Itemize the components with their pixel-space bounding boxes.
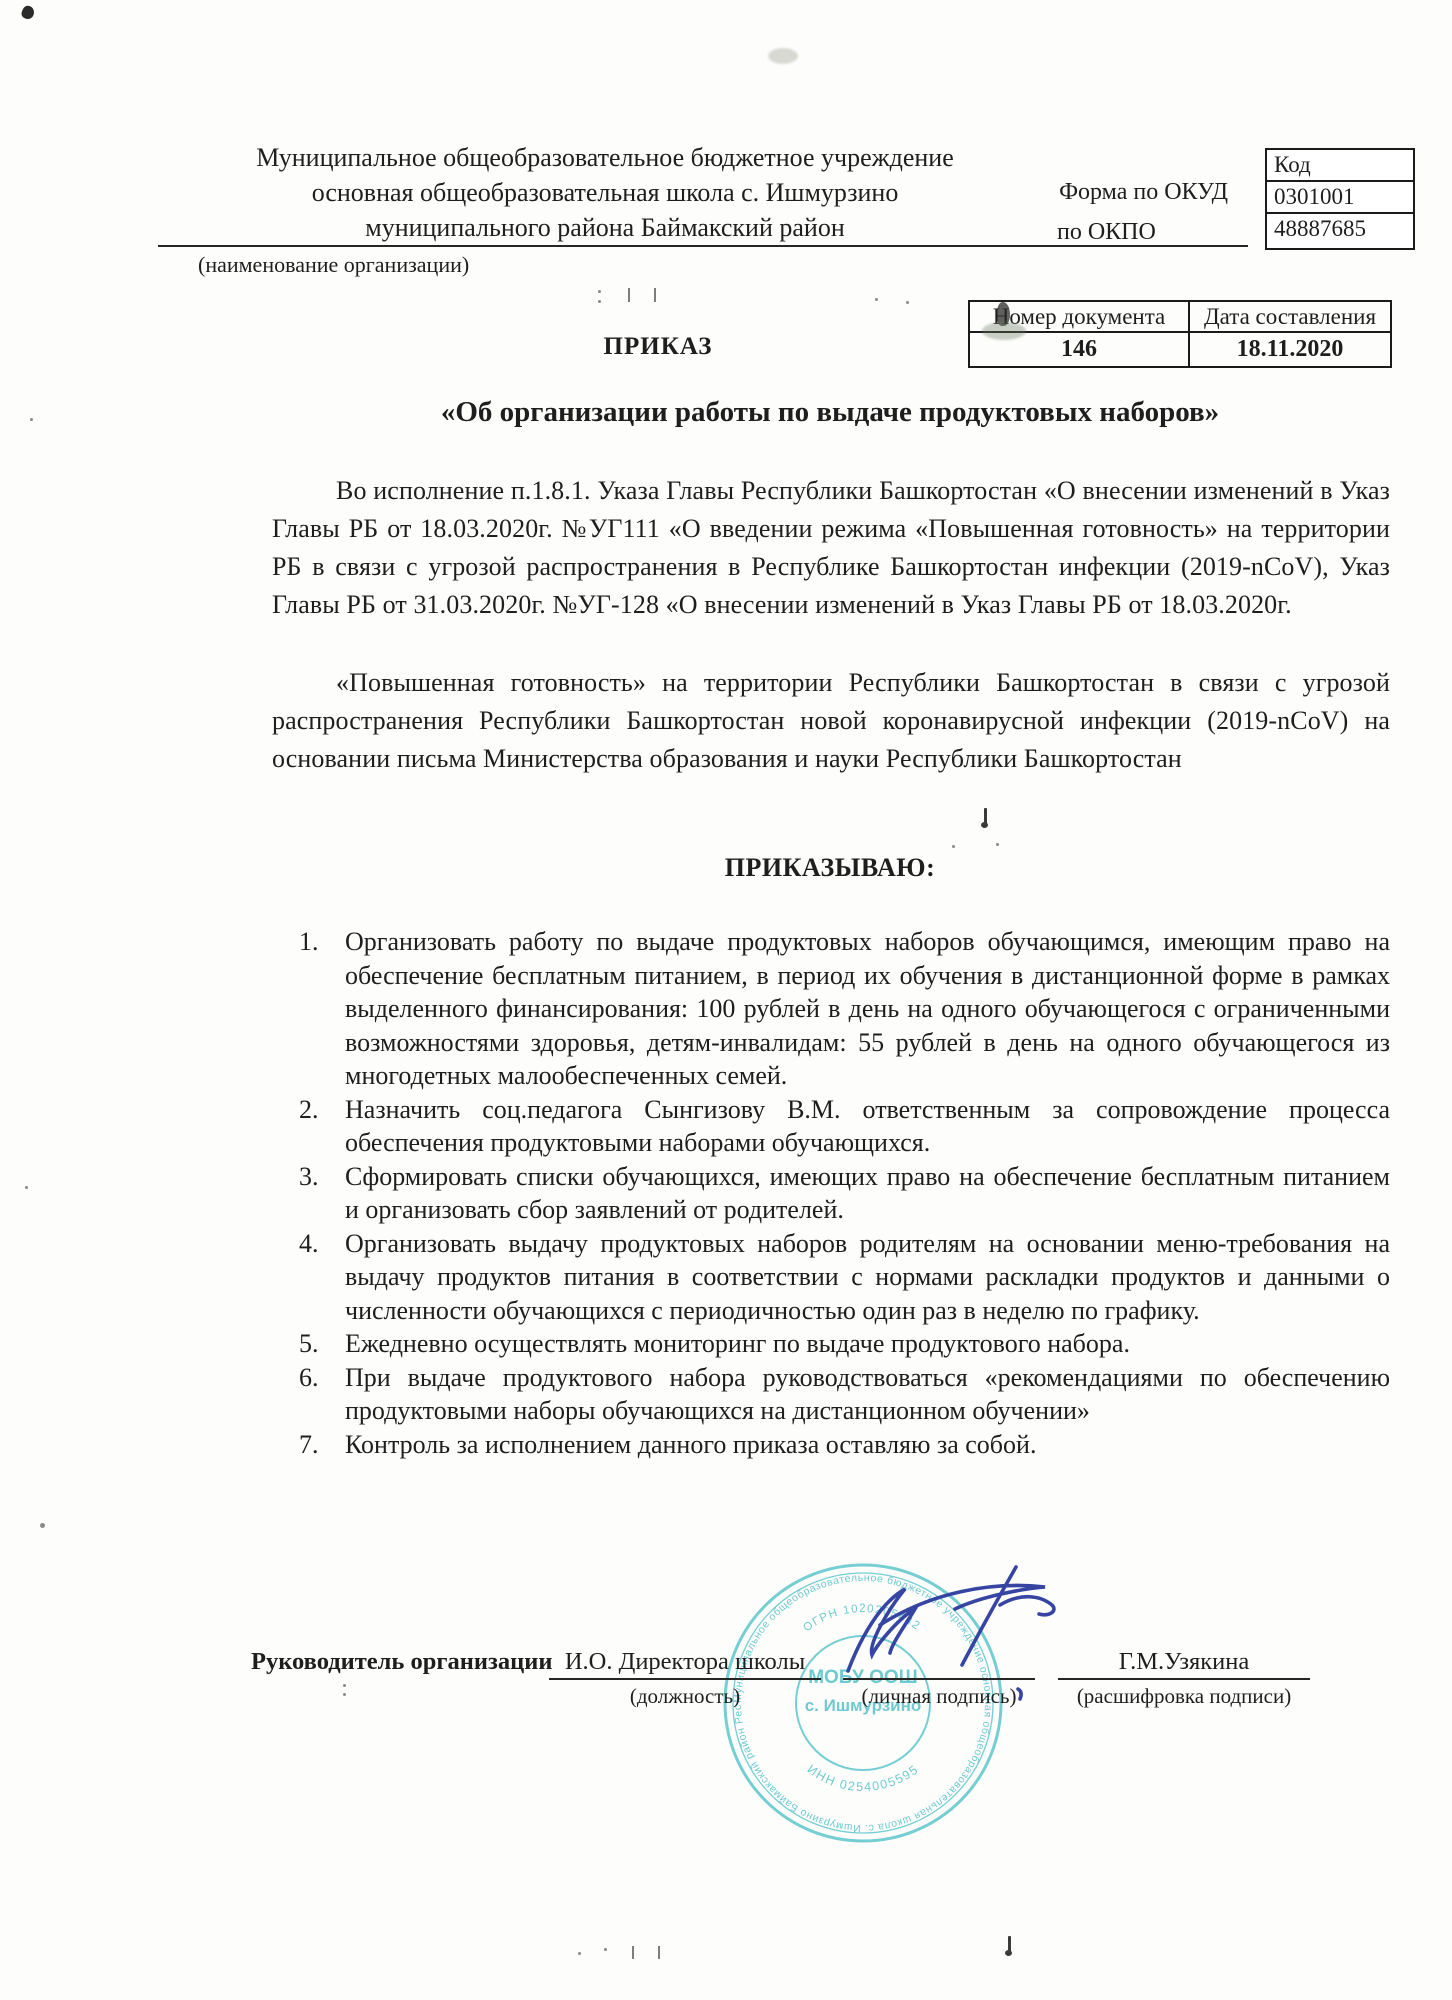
order-item-2-text: Назначить соц.педагога Сынгизову В.М. от… — [345, 1095, 1390, 1158]
document-date-value: 18.11.2020 — [1190, 333, 1390, 366]
signature-position-line — [549, 1678, 821, 1680]
code-table-header: Код — [1267, 150, 1413, 182]
scan-artifact — [343, 1684, 346, 1687]
order-item-1: 1.Организовать работу по выдаче продукто… — [299, 925, 1390, 1093]
order-item-5: 5.Ежедневно осуществлять мониторинг по в… — [299, 1327, 1390, 1361]
signature-role-label: Руководитель организации — [251, 1648, 552, 1676]
scan-artifact — [1005, 1950, 1012, 1956]
order-item-3-number: 3. — [299, 1160, 319, 1194]
order-item-4-text: Организовать выдачу продуктовых наборов … — [345, 1229, 1390, 1325]
preamble-paragraph-1: Во исполнение п.1.8.1. Указа Главы Респу… — [272, 472, 1390, 624]
order-item-2: 2.Назначить соц.педагога Сынгизову В.М. … — [299, 1093, 1390, 1160]
signature-name-value: Г.М.Узякина — [1058, 1648, 1310, 1676]
order-heading: ПРИКАЗЫВАЮ: — [270, 853, 1390, 883]
scan-artifact — [578, 1952, 581, 1955]
scan-artifact — [25, 1186, 28, 1189]
order-item-3: 3.Сформировать списки обучающихся, имеющ… — [299, 1160, 1390, 1227]
scan-artifact — [30, 418, 33, 421]
document-title: «Об организации работы по выдаче продукт… — [270, 396, 1390, 429]
order-item-7-number: 7. — [299, 1428, 319, 1462]
order-item-4: 4.Организовать выдачу продуктовых наборо… — [299, 1227, 1390, 1328]
scan-artifact — [658, 1946, 660, 1959]
code-okpo-value: 48887685 — [1267, 214, 1413, 248]
scanned-order-document: Муниципальное общеобразовательное бюджет… — [0, 0, 1452, 2000]
scan-artifact — [40, 1523, 45, 1528]
signature-name-caption: (расшифровка подписи) — [1058, 1684, 1310, 1709]
handwritten-signature-ink — [818, 1543, 1088, 1713]
organization-name-line-1: Муниципальное общеобразовательное бюджет… — [190, 140, 1020, 175]
organization-name: Муниципальное общеобразовательное бюджет… — [190, 140, 1020, 245]
scan-artifact — [906, 301, 909, 304]
scan-artifact — [875, 298, 878, 301]
scan-artifact — [654, 288, 656, 302]
order-item-5-text: Ежедневно осуществлять мониторинг по выд… — [345, 1329, 1130, 1358]
scan-artifact — [598, 300, 601, 303]
signature-name-line — [1058, 1678, 1310, 1680]
scan-artifact — [632, 1946, 634, 1959]
order-list: 1.Организовать работу по выдаче продукто… — [299, 925, 1390, 1461]
meta-column-date: Дата составления — [1190, 302, 1390, 333]
preamble-paragraph-2: «Повышенная готовность» на территории Ре… — [272, 664, 1390, 778]
order-item-6: 6.При выдаче продуктового набора руковод… — [299, 1361, 1390, 1428]
order-item-3-text: Сформировать списки обучающихся, имеющих… — [345, 1162, 1390, 1225]
code-table: Код 0301001 48887685 — [1265, 148, 1415, 250]
scan-artifact — [952, 845, 955, 848]
svg-text:ИНН 0254005595: ИНН 0254005595 — [805, 1762, 922, 1794]
order-item-1-text: Организовать работу по выдаче продуктовы… — [345, 927, 1390, 1090]
scan-artifact — [981, 822, 988, 828]
organization-name-line-3: муниципального района Баймакский район — [190, 210, 1020, 245]
order-item-5-number: 5. — [299, 1327, 319, 1361]
code-okud-value: 0301001 — [1267, 182, 1413, 214]
scan-artifact — [982, 322, 1026, 340]
order-item-7-text: Контроль за исполнением данного приказа … — [345, 1430, 1036, 1459]
scan-artifact — [996, 843, 999, 846]
stamp-inn-text: ИНН 0254005595 — [805, 1762, 922, 1794]
organization-name-underline — [158, 245, 1248, 247]
scan-artifact — [628, 288, 630, 302]
scan-artifact — [20, 4, 36, 20]
scan-artifact — [598, 290, 601, 293]
signature-position-value: И.О. Директора школы — [549, 1648, 821, 1676]
order-item-6-text: При выдаче продуктового набора руководст… — [345, 1363, 1390, 1426]
scan-artifact — [343, 1693, 346, 1696]
document-meta-table: Номер документа Дата составления 146 18.… — [968, 300, 1392, 368]
okpo-label: по ОКПО — [1057, 219, 1156, 246]
order-item-6-number: 6. — [299, 1361, 319, 1395]
scan-artifact — [768, 48, 798, 64]
order-item-4-number: 4. — [299, 1227, 319, 1261]
scan-artifact — [604, 1948, 607, 1951]
organization-name-caption: (наименование организации) — [198, 252, 469, 278]
order-item-7: 7.Контроль за исполнением данного приказ… — [299, 1428, 1390, 1462]
order-item-1-number: 1. — [299, 925, 319, 959]
okud-form-label: Форма по ОКУД — [1000, 179, 1228, 206]
order-item-2-number: 2. — [299, 1093, 319, 1127]
organization-name-line-2: основная общеобразовательная школа с. Иш… — [190, 175, 1020, 210]
signature-position-caption: (должность) — [549, 1684, 821, 1709]
